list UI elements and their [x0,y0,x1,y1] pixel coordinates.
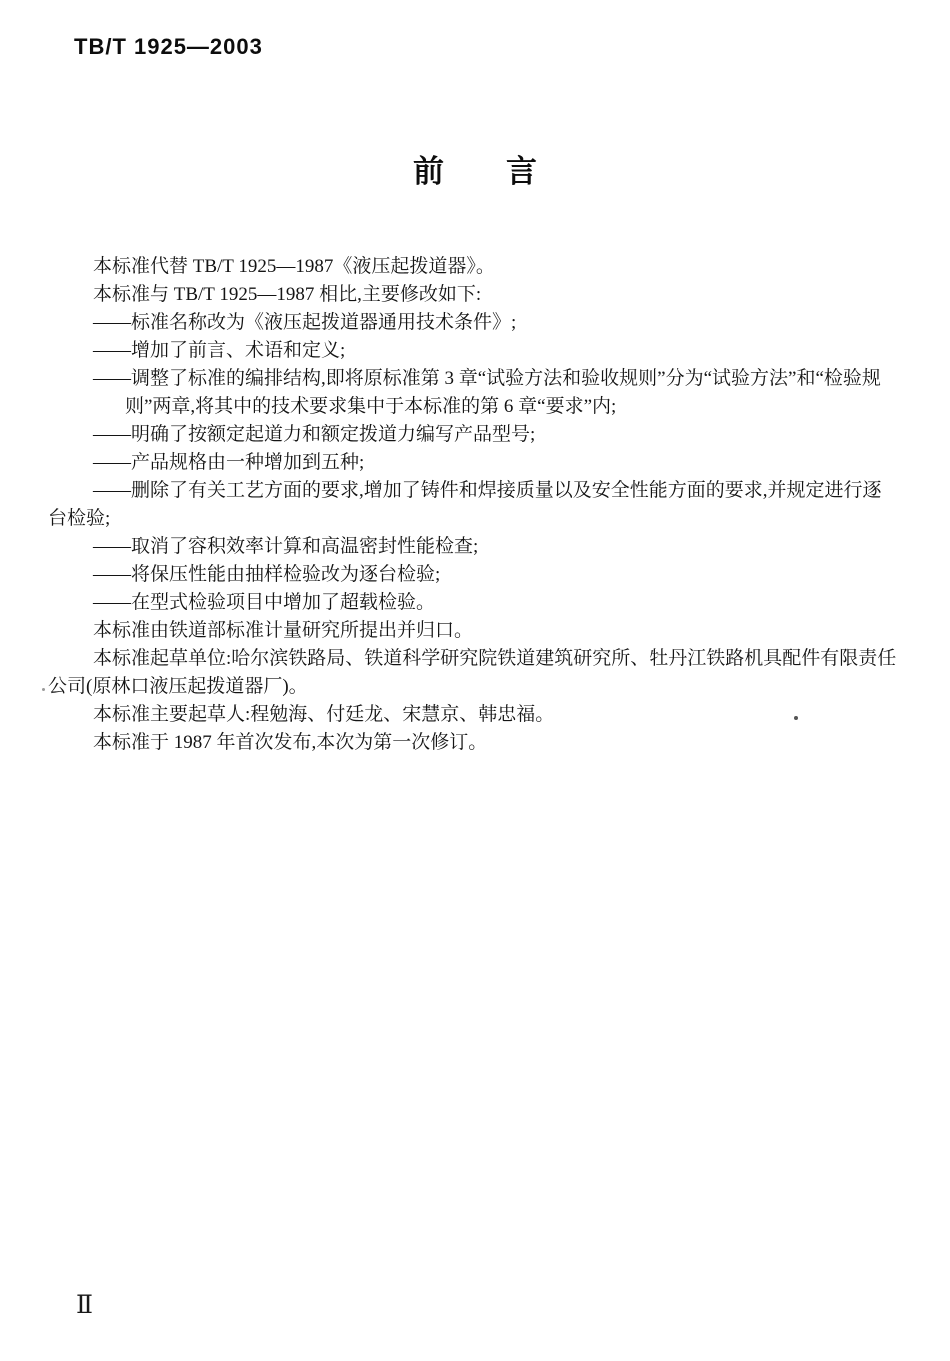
text-line: 本标准与 TB/T 1925—1987 相比,主要修改如下: [48,281,922,309]
text-line: ——将保压性能由抽样检验改为逐台检验; [48,561,922,589]
scan-artifact-dot [42,688,45,691]
text-line: ——调整了标准的编排结构,即将原标准第 3 章“试验方法和验收规则”分为“试验方… [48,365,922,393]
scan-artifact-dot [794,716,798,720]
text-line: ——在型式检验项目中增加了超载检验。 [48,589,922,617]
text-line: ——取消了容积效率计算和高温密封性能检查; [48,533,922,561]
foreword-title: 前 言 [0,146,950,191]
text-line: 公司(原林口液压起拨道器厂)。 [48,673,922,701]
text-line: ——增加了前言、术语和定义; [48,337,922,365]
page-number: Ⅱ [76,1290,93,1320]
text-line: ——明确了按额定起道力和额定拨道力编写产品型号; [48,421,922,449]
document-page: TB/T 1925—2003 前 言 本标准代替 TB/T 1925—1987《… [0,0,950,1361]
text-line: 本标准于 1987 年首次发布,本次为第一次修订。 [48,729,922,757]
standard-code-header: TB/T 1925—2003 [74,34,263,60]
text-line: ——标准名称改为《液压起拨道器通用技术条件》; [48,309,922,337]
text-line: 台检验; [48,505,922,533]
text-line: 本标准代替 TB/T 1925—1987《液压起拨道器》。 [48,253,922,281]
text-line: 本标准由铁道部标准计量研究所提出并归口。 [48,617,922,645]
foreword-body: 本标准代替 TB/T 1925—1987《液压起拨道器》。 本标准与 TB/T … [48,253,922,757]
text-line: 则”两章,将其中的技术要求集中于本标准的第 6 章“要求”内; [48,393,922,421]
text-line: ——删除了有关工艺方面的要求,增加了铸件和焊接质量以及安全性能方面的要求,并规定… [48,477,922,505]
text-line: 本标准主要起草人:程勉海、付廷龙、宋慧京、韩忠福。 [48,701,922,729]
text-line: 本标准起草单位:哈尔滨铁路局、铁道科学研究院铁道建筑研究所、牡丹江铁路机具配件有… [48,645,922,673]
text-line: ——产品规格由一种增加到五种; [48,449,922,477]
